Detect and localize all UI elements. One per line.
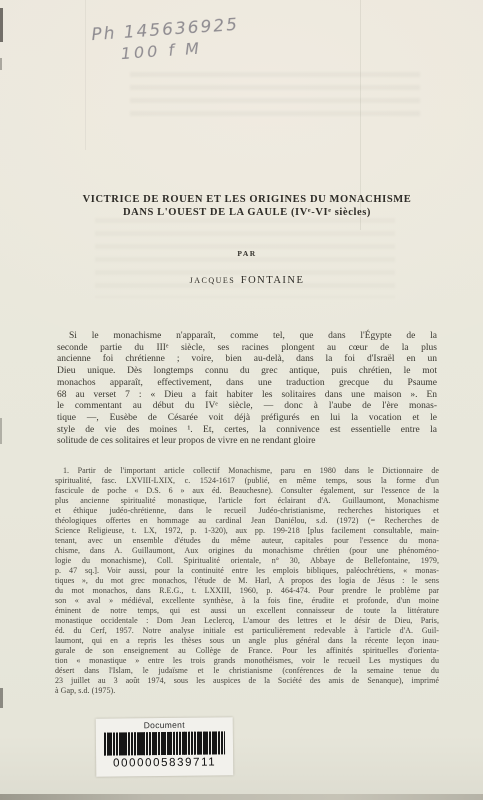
footnote-text-line: désert dans l'Islam, le judaïsme et le c…: [55, 666, 439, 676]
footnote-text-line: spiritualité, fasc. LXVIII-LXIX, c. 1524…: [55, 476, 439, 486]
barcode-icon: [104, 731, 225, 755]
article-title: VICTRICE DE ROUEN ET LES ORIGINES DU MON…: [57, 193, 437, 219]
body-text-line: ancienne foi chrétienne ; voire, bien au…: [57, 354, 437, 366]
body-text-line: seconde partie du IIIᵉ siècle, ses racin…: [57, 343, 437, 355]
author-last-name: Fontaine: [241, 275, 305, 286]
barcode-sticker-label: Document: [96, 719, 233, 730]
scan-edge-artifact: [0, 58, 2, 70]
handwritten-annotation: Ph 145636925 100 f M: [91, 15, 241, 65]
show-through-text: [130, 72, 420, 118]
author-name: Jacques Fontaine: [57, 270, 437, 288]
barcode-sticker: Document 0000005839711: [96, 717, 234, 776]
scan-edge-artifact: [0, 418, 2, 444]
title-line-1: VICTRICE DE ROUEN ET LES ORIGINES DU MON…: [57, 193, 437, 206]
footnote-text-line: fascicule de poche « D.S. 6 » aux éd. Be…: [55, 486, 439, 496]
footnote-text-line: du mot monachos, dans R.E.G., t. LXXIII,…: [55, 586, 439, 596]
author-first-name: Jacques: [190, 276, 236, 285]
footnote-text-line: et éthique judéo-chrétienne, dans le rec…: [55, 506, 439, 516]
footnote: 1. Partir de l'important article collect…: [55, 466, 439, 696]
footnote-text-line: 1. Partir de l'important article collect…: [55, 466, 439, 476]
footnote-text-line: à Gap, s.d. (1975).: [55, 686, 439, 696]
scan-edge-artifact: [0, 688, 3, 708]
body-text-line: tique —, Eusèbe de Césarée voit déjà pré…: [57, 413, 437, 425]
footnote-text-line: théologiques offertes en hommage au card…: [55, 516, 439, 526]
footnote-text-line: laumont, qui en a repris les thèses sous…: [55, 636, 439, 646]
body-text-line: monachos apparaît, effectivement, dans u…: [57, 378, 437, 390]
body-paragraph: Si le monachisme n'apparaît, comme tel, …: [57, 331, 437, 448]
scan-bottom-edge: [0, 794, 483, 800]
footnote-text-line: tenant, avec un ensemble d'études du mêm…: [55, 536, 439, 546]
footnote-text-line: plus ancienne spiritualité monastique, l…: [55, 496, 439, 506]
footnote-text-line: gurale de son enseignement au Collège de…: [55, 646, 439, 656]
paper-crease: [85, 0, 86, 150]
scanned-page: Ph 145636925 100 f M VICTRICE DE ROUEN E…: [0, 0, 483, 800]
footnote-text-line: tion « monastique » entre les trois gran…: [55, 656, 439, 666]
footnote-text-line: logie du monachisme), Coll. Spiritualité…: [55, 556, 439, 566]
footnote-text-line: monastique occidentale : Dom Jean Lecler…: [55, 616, 439, 626]
body-text-line: solitude de ces solitaires et leur propo…: [57, 436, 437, 448]
footnote-text-line: son « aval » médiéval, excellente synthè…: [55, 596, 439, 606]
body-text-line: Si le monachisme n'apparaît, comme tel, …: [57, 331, 437, 343]
footnote-text-line: p. 47 sq.]. Voir aussi, pour la continui…: [55, 566, 439, 576]
title-line-2: DANS L'OUEST DE LA GAULE (IVᵉ-VIᵉ siècle…: [57, 206, 437, 219]
body-text-line: Dieu unique. Dès longtemps connu du grec…: [57, 366, 437, 378]
footnote-text-line: tiques », du mot grec monachos, l'étude …: [55, 576, 439, 586]
footnote-text-line: éd. du Cerf, 1957. Notre analyse initial…: [55, 626, 439, 636]
footnote-text-line: Science Religieuse, t. LX, 1972, p. 1-32…: [55, 526, 439, 536]
barcode-number: 0000005839711: [96, 756, 233, 769]
scan-edge-artifact: [0, 8, 3, 42]
footnote-text-line: chisme, dans A. Guillaumont, Aux origine…: [55, 546, 439, 556]
footnote-text-line: éminent de notre temps, qui est aussi un…: [55, 606, 439, 616]
byline-par-label: PAR: [57, 249, 437, 258]
body-text-line: le commentant au début du IVᵉ siècle, — …: [57, 401, 437, 413]
footnote-text-line: 23 juillet au 3 août 1974, sous les ausp…: [55, 676, 439, 686]
body-text-line: 68 au verset 7 : « Dieu a fait habiter l…: [57, 390, 437, 402]
body-text-line: style de vie des moines ¹. Et, certes, l…: [57, 425, 437, 437]
